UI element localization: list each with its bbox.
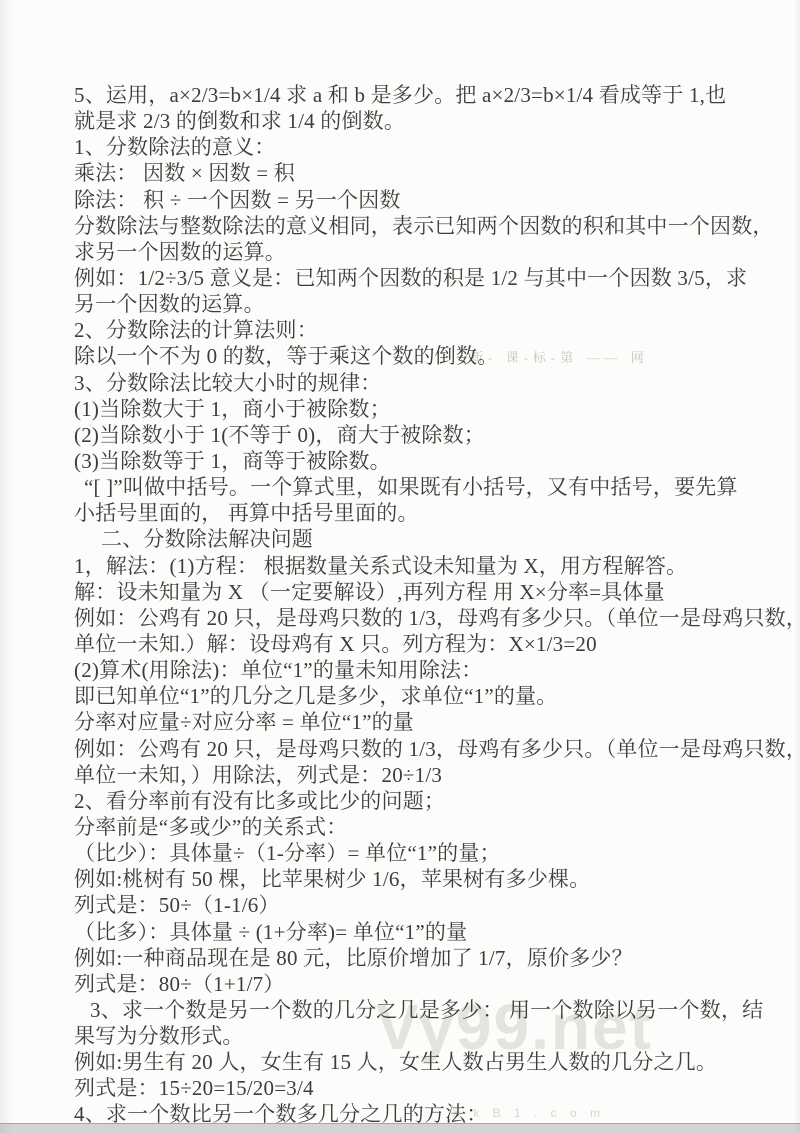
scanned-document-page: 5、运用，a×2/3=b×1/4 求 a 和 b 是多少。把 a×2/3=b×1…: [0, 0, 800, 1133]
text-line: “[ ]”叫做中括号。一个算式里，如果既有小括号，又有中括号，要先算: [74, 474, 764, 500]
text-line: (2)算术(用除法)：单位“1”的量未知用除法：: [74, 657, 764, 683]
text-line: 3、求一个数是另一个数的几分之几是多少： 用一个数除以另一个数，结: [74, 997, 764, 1023]
text-line: 解：设未知量为 X （一定要解设）,再列方程 用 X×分率=具体量: [74, 579, 764, 605]
text-line: 小括号里面的， 再算中括号里面的。: [74, 500, 764, 526]
text-line: 例如：公鸡有 20 只，是母鸡只数的 1/3，母鸡有多少只。（单位一是母鸡只数，: [74, 736, 764, 762]
text-line: (1)当除数大于 1，商小于被除数；: [74, 396, 764, 422]
text-line: 单位一未知，）用除法，列式是：20÷1/3: [74, 762, 764, 788]
text-line: 果写为分数形式。: [74, 1023, 764, 1049]
text-line: （比多）：具体量 ÷ (1+分率)= 单位“1”的量: [74, 919, 764, 945]
text-line: 二、分数除法解决问题: [74, 526, 764, 552]
text-line: 单位一未知.）解：设母鸡有 X 只。列方程为：X×1/3=20: [74, 631, 764, 657]
text-line: 例如:桃树有 50 棵，比苹果树少 1/6，苹果树有多少棵。: [74, 866, 764, 892]
text-line: 分率前是“多或少”的关系式：: [74, 814, 764, 840]
text-line: 1，解法：(1)方程： 根据数量关系式设未知量为 X，用方程解答。: [74, 553, 764, 579]
text-line: 乘法： 因数 × 因数 = 积: [74, 160, 764, 186]
text-line: 除以一个不为 0 的数，等于乘这个数的倒数。: [74, 343, 764, 369]
text-line: 例如：公鸡有 20 只，是母鸡只数的 1/3，母鸡有多少只。（单位一是母鸡只数，: [74, 605, 764, 631]
text-line: 除法： 积 ÷ 一个因数 = 另一个因数: [74, 187, 764, 213]
text-line: 求另一个因数的运算。: [74, 239, 764, 265]
text-line: 2、看分率前有没有比多或比少的问题；: [74, 788, 764, 814]
text-line: 列式是：50÷（1-1/6）: [74, 892, 764, 918]
text-line: 例如：1/2÷3/5 意义是：已知两个因数的积是 1/2 与其中一个因数 3/5…: [74, 265, 764, 291]
document-text: 5、运用，a×2/3=b×1/4 求 a 和 b 是多少。把 a×2/3=b×1…: [74, 82, 764, 1128]
text-line: 5、运用，a×2/3=b×1/4 求 a 和 b 是多少。把 a×2/3=b×1…: [74, 82, 764, 108]
scan-bottom-edge: [0, 1123, 800, 1133]
text-line: 列式是：80÷（1+1/7）: [74, 971, 764, 997]
text-line: 例如:一种商品现在是 80 元，比原价增加了 1/7，原价多少？: [74, 945, 764, 971]
text-line: 2、分数除法的计算法则：: [74, 317, 764, 343]
text-line: 例如:男生有 20 人，女生有 15 人，女生人数占男生人数的几分之几。: [74, 1049, 764, 1075]
text-line: 就是求 2/3 的倒数和求 1/4 的倒数。: [74, 108, 764, 134]
text-line: 3、分数除法比较大小时的规律：: [74, 370, 764, 396]
text-line: （比少）：具体量÷（1-分率）= 单位“1”的量；: [74, 840, 764, 866]
text-line: 分率对应量÷对应分率 = 单位“1”的量: [74, 709, 764, 735]
scan-right-edge-shadow: [793, 0, 800, 1133]
text-line: (2)当除数小于 1(不等于 0)，商大于被除数；: [74, 422, 764, 448]
text-line: 分数除法与整数除法的意义相同，表示已知两个因数的积和其中一个因数，: [74, 213, 764, 239]
text-line: 另一个因数的运算。: [74, 291, 764, 317]
text-line: 即已知单位“1”的几分之几是多少，求单位“1”的量。: [74, 683, 764, 709]
scan-left-edge-shadow: [0, 0, 13, 1133]
text-line: 1、分数除法的意义：: [74, 134, 764, 160]
text-line: 列式是：15÷20=15/20=3/4: [74, 1075, 764, 1101]
text-line: (3)当除数等于 1，商等于被除数。: [74, 448, 764, 474]
